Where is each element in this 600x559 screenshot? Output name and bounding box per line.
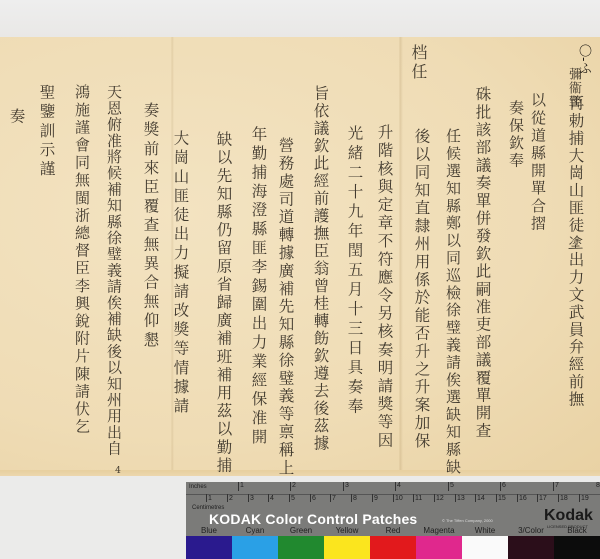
patch-label: Green [278,526,324,535]
ruler-inches-label: Inches [189,484,207,490]
cm-mark: 4 [270,495,274,502]
cm-mark: 10 [395,495,403,502]
manuscript-column: 旨依議欽此經前護撫臣翁曾桂轉飭欽遵去後茲據 [312,85,328,453]
cm-mark: 15 [498,495,506,502]
patch-cyan [232,536,278,559]
patch-green [278,536,324,559]
inch-mark: 1 [240,482,244,489]
cm-mark: 12 [436,495,444,502]
manuscript-column: 硃批該部議奏單併發欽此嗣准吏部議覆單開查 [474,86,490,440]
inch-mark: 2 [292,482,296,489]
manuscript-column: 奏保欽奉 [508,100,523,170]
manuscript-column: 以從道縣開單合摺 [530,92,545,233]
manuscript-column: 大崗山匪徒出力擬請改獎等情據請 [172,130,188,417]
manuscript-column: 再勅捕大崗山匪徒𡍼出力文武員弁經前撫 [567,95,583,408]
cm-mark: 11 [415,495,422,502]
patch-label: 3/Color [508,526,554,535]
patch-black [554,536,600,559]
cm-mark: 13 [457,495,465,502]
cm-mark: 14 [477,495,485,502]
cm-mark: 9 [374,495,378,502]
inch-mark: 3 [345,482,349,489]
patch-blue [186,536,232,559]
manuscript-column: 年勤捕海澄縣匪李錫圍出力業經保准開 [250,126,266,447]
manuscript-column: 缺以先知縣仍留原省歸廣補班補用茲以勤捕 [215,131,231,475]
cm-mark: 1 [208,495,212,502]
patch-label: Magenta [416,526,462,535]
inch-mark: 8 [596,482,600,489]
patch-magenta [416,536,462,559]
manuscript-column: 档任 [410,44,426,82]
copyright-text: © The Tiffen Company, 2000 [442,518,493,523]
patch-label: Blue [186,526,232,535]
manuscript-column: 任候選知縣鄭以同巡檢徐璧義請俟選缺知縣缺 [445,128,460,476]
inch-mark: 4 [397,482,401,489]
patch-labels: Blue Cyan Green Yellow Red Magenta White… [186,526,600,536]
color-patches [186,536,600,559]
inch-mark: 5 [450,482,454,489]
manuscript-column: 天恩俯准將候補知縣徐璧義請俟補缺後以知州用出自 [106,84,121,457]
manuscript-column: 後以同知直隸州用係於能否升之升案加保 [413,128,429,450]
page-number-mark: 4 [113,466,122,476]
patch-label: Yellow [324,526,370,535]
kodak-strip-title: KODAK Color Control Patches [209,511,417,527]
patch-red [370,536,416,559]
inch-mark: 6 [502,482,506,489]
manuscript-column: 營務處司道轉據廣補先知縣徐璧義等禀稱上 [277,137,293,477]
patch-white [462,536,508,559]
cm-mark: 17 [539,495,547,502]
manuscript-column: 升階核與定章不符應令另核奏明請獎等因 [376,124,392,450]
manuscript-column: 光緒二十九年閏五月十三日具奏奉 [346,125,362,418]
inch-mark: 7 [555,482,559,489]
patch-label: White [462,526,508,535]
patch-label: Black [554,526,600,535]
manuscript-column: 奏獎前來臣覆查無異合無仰懇 [142,102,158,350]
cm-mark: 8 [353,495,357,502]
kodak-logo: Kodak [544,507,593,525]
manuscript-column: 聖鑒訓示謹 [38,84,54,180]
cm-mark: 18 [560,495,568,502]
cm-mark: 3 [250,495,254,502]
patch-label: Cyan [232,526,278,535]
patch-label: Red [370,526,416,535]
cm-mark: 2 [229,495,233,502]
manuscript-column: 鴻施謹會同無閩浙總督臣李興銳附片陳請伏乞 [74,84,89,436]
cm-mark: 6 [312,495,316,502]
cm-mark: 7 [332,495,336,502]
manuscript-column: 奏 [8,108,24,127]
kodak-color-control-strip: Inches 1 2 3 4 5 6 7 8 1 2 3 4 5 6 7 8 9… [186,482,600,559]
patch-yellow [324,536,370,559]
photo-background-top [0,0,600,37]
patch-3color [508,536,554,559]
cm-mark: 5 [291,495,295,502]
cm-mark: 19 [581,495,589,502]
cm-mark: 16 [519,495,527,502]
